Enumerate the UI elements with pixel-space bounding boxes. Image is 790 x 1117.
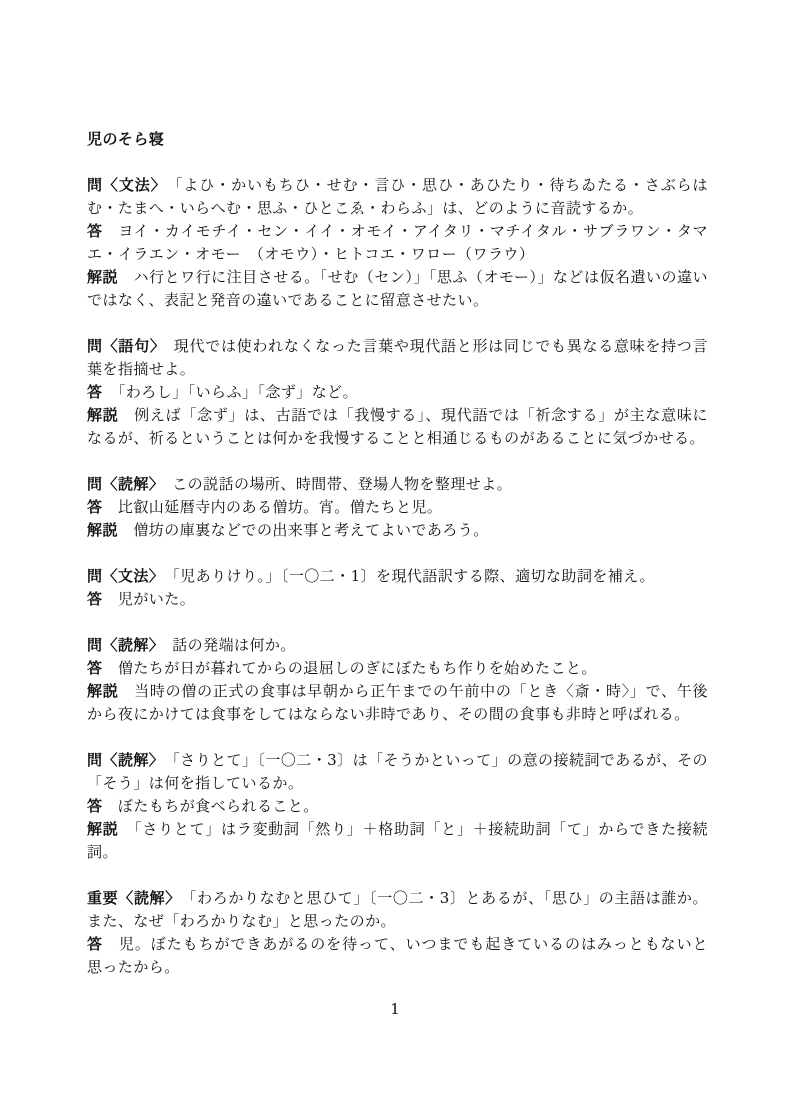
explanation-text: 当時の僧の正式の食事は早朝から正午までの午前中の「とき〈斎・時〉」で、午後から夜… <box>87 682 708 723</box>
explanation-text: 例えば「念ず」は、古語では「我慢する」、現代語では「祈念する」が主な意味になるが… <box>87 406 708 447</box>
qa-section: 問〈文法〉 「よひ・かいもちひ・せむ・言ひ・思ひ・あひたり・待ちゐたる・さぶらは… <box>87 174 708 312</box>
qa-section: 問〈読解〉 この説話の場所、時間帯、登場人物を整理せよ。 答 比叡山延暦寺内のあ… <box>87 473 708 542</box>
answer-label: 答 <box>87 935 103 953</box>
important-question-label: 重要〈読解〉 <box>87 889 173 907</box>
question-label: 問〈読解〉 <box>87 475 157 493</box>
question-label: 問〈読解〉 <box>87 751 157 769</box>
question-paragraph: 問〈読解〉 「さりとて」〔一〇二・3〕は「そうかといって」の意の接続詞であるが、… <box>87 749 708 795</box>
question-label: 問〈文法〉 <box>87 567 157 585</box>
explanation-paragraph: 解説 当時の僧の正式の食事は早朝から正午までの午前中の「とき〈斎・時〉」で、午後… <box>87 680 708 726</box>
question-text: この説話の場所、時間帯、登場人物を整理せよ。 <box>157 475 512 493</box>
answer-label: 答 <box>87 797 102 815</box>
explanation-label: 解説 <box>87 682 118 700</box>
explanation-text: ハ行とワ行に注目させる。「せむ（セン）」「思ふ（オモー）」などは仮名遣いの違いで… <box>87 268 708 309</box>
answer-text: 児がいた。 <box>102 590 195 608</box>
question-paragraph: 問〈文法〉 「児ありけり。」〔一〇二・1〕を現代語訳する際、適切な助詞を補え。 <box>87 565 708 588</box>
answer-label: 答 <box>87 222 103 240</box>
explanation-text: 「さりとて」はラ変動詞「然り」＋格助詞「と」＋接続助詞「て」からできた接続詞。 <box>87 820 708 861</box>
answer-text: 僧たちが日が暮れてからの退屈しのぎにぼたもち作りを始めたこと。 <box>102 659 596 677</box>
explanation-label: 解説 <box>87 820 118 838</box>
answer-paragraph: 答 「わろし」「いらふ」「念ず」など。 <box>87 381 708 404</box>
question-paragraph: 問〈語句〉 現代では使われなくなった言葉や現代語と形は同じでも異なる意味を持つ言… <box>87 335 708 381</box>
document-page: 児のそら寝 問〈文法〉 「よひ・かいもちひ・せむ・言ひ・思ひ・あひたり・待ちゐた… <box>0 0 790 1117</box>
answer-label: 答 <box>87 498 102 516</box>
explanation-label: 解説 <box>87 406 118 424</box>
question-text: 「さりとて」〔一〇二・3〕は「そうかといって」の意の接続詞であるが、その「そう」… <box>87 751 708 792</box>
question-text: 「児ありけり。」〔一〇二・1〕を現代語訳する際、適切な助詞を補え。 <box>157 567 655 585</box>
answer-text: ぼたもちが食べられること。 <box>102 797 318 815</box>
question-text: 話の発端は何か。 <box>157 636 296 654</box>
answer-text: 児。ぼたもちができあがるのを待って、いつまでも起きているのはみっともないと思った… <box>87 935 708 976</box>
qa-section: 問〈読解〉 「さりとて」〔一〇二・3〕は「そうかといって」の意の接続詞であるが、… <box>87 749 708 864</box>
answer-label: 答 <box>87 659 102 677</box>
answer-paragraph: 答 ヨイ・カイモチイ・セン・イイ・オモイ・アイタリ・マチイタル・サブラワン・タマ… <box>87 220 708 266</box>
qa-section: 重要〈読解〉 「わろかりなむと思ひて」〔一〇二・3〕とあるが、「思ひ」の主語は誰… <box>87 887 708 979</box>
page-title: 児のそら寝 <box>87 128 708 151</box>
explanation-paragraph: 解説 「さりとて」はラ変動詞「然り」＋格助詞「と」＋接続助詞「て」からできた接続… <box>87 818 708 864</box>
qa-section: 問〈文法〉 「児ありけり。」〔一〇二・1〕を現代語訳する際、適切な助詞を補え。 … <box>87 565 708 611</box>
answer-paragraph: 答 比叡山延暦寺内のある僧坊。宵。僧たちと児。 <box>87 496 708 519</box>
answer-text: 「わろし」「いらふ」「念ず」など。 <box>102 383 358 401</box>
qa-section: 問〈読解〉 話の発端は何か。 答 僧たちが日が暮れてからの退屈しのぎにぼたもち作… <box>87 634 708 726</box>
document-body: 児のそら寝 問〈文法〉 「よひ・かいもちひ・せむ・言ひ・思ひ・あひたり・待ちゐた… <box>87 128 708 1002</box>
explanation-label: 解説 <box>87 268 118 286</box>
answer-paragraph: 答 児。ぼたもちができあがるのを待って、いつまでも起きているのはみっともないと思… <box>87 933 708 979</box>
explanation-paragraph: 解説 ハ行とワ行に注目させる。「せむ（セン）」「思ふ（オモー）」などは仮名遣いの… <box>87 266 708 312</box>
page-number: 1 <box>0 998 790 1021</box>
question-label: 問〈文法〉 <box>87 176 159 194</box>
question-text: 「よひ・かいもちひ・せむ・言ひ・思ひ・あひたり・待ちゐたる・さぶらはむ・たまへ・… <box>87 176 708 217</box>
explanation-paragraph: 解説 僧坊の庫裏などでの出来事と考えてよいであろう。 <box>87 519 708 542</box>
question-paragraph: 問〈読解〉 この説話の場所、時間帯、登場人物を整理せよ。 <box>87 473 708 496</box>
question-paragraph: 問〈文法〉 「よひ・かいもちひ・せむ・言ひ・思ひ・あひたり・待ちゐたる・さぶらは… <box>87 174 708 220</box>
answer-paragraph: 答 児がいた。 <box>87 588 708 611</box>
explanation-text: 僧坊の庫裏などでの出来事と考えてよいであろう。 <box>118 521 489 539</box>
question-text: 現代では使われなくなった言葉や現代語と形は同じでも異なる意味を持つ言葉を指摘せよ… <box>87 337 708 378</box>
explanation-paragraph: 解説 例えば「念ず」は、古語では「我慢する」、現代語では「祈念する」が主な意味に… <box>87 404 708 450</box>
question-paragraph: 重要〈読解〉 「わろかりなむと思ひて」〔一〇二・3〕とあるが、「思ひ」の主語は誰… <box>87 887 708 933</box>
question-label: 問〈語句〉 <box>87 337 158 355</box>
answer-label: 答 <box>87 590 102 608</box>
question-label: 問〈読解〉 <box>87 636 157 654</box>
explanation-label: 解説 <box>87 521 118 539</box>
qa-section: 問〈語句〉 現代では使われなくなった言葉や現代語と形は同じでも異なる意味を持つ言… <box>87 335 708 450</box>
answer-paragraph: 答 ぼたもちが食べられること。 <box>87 795 708 818</box>
question-text: 「わろかりなむと思ひて」〔一〇二・3〕とあるが、「思ひ」の主語は誰か。また、なぜ… <box>87 889 708 930</box>
answer-label: 答 <box>87 383 102 401</box>
question-paragraph: 問〈読解〉 話の発端は何か。 <box>87 634 708 657</box>
answer-text: ヨイ・カイモチイ・セン・イイ・オモイ・アイタリ・マチイタル・サブラワン・タマエ・… <box>87 222 708 263</box>
answer-text: 比叡山延暦寺内のある僧坊。宵。僧たちと児。 <box>102 498 442 516</box>
answer-paragraph: 答 僧たちが日が暮れてからの退屈しのぎにぼたもち作りを始めたこと。 <box>87 657 708 680</box>
